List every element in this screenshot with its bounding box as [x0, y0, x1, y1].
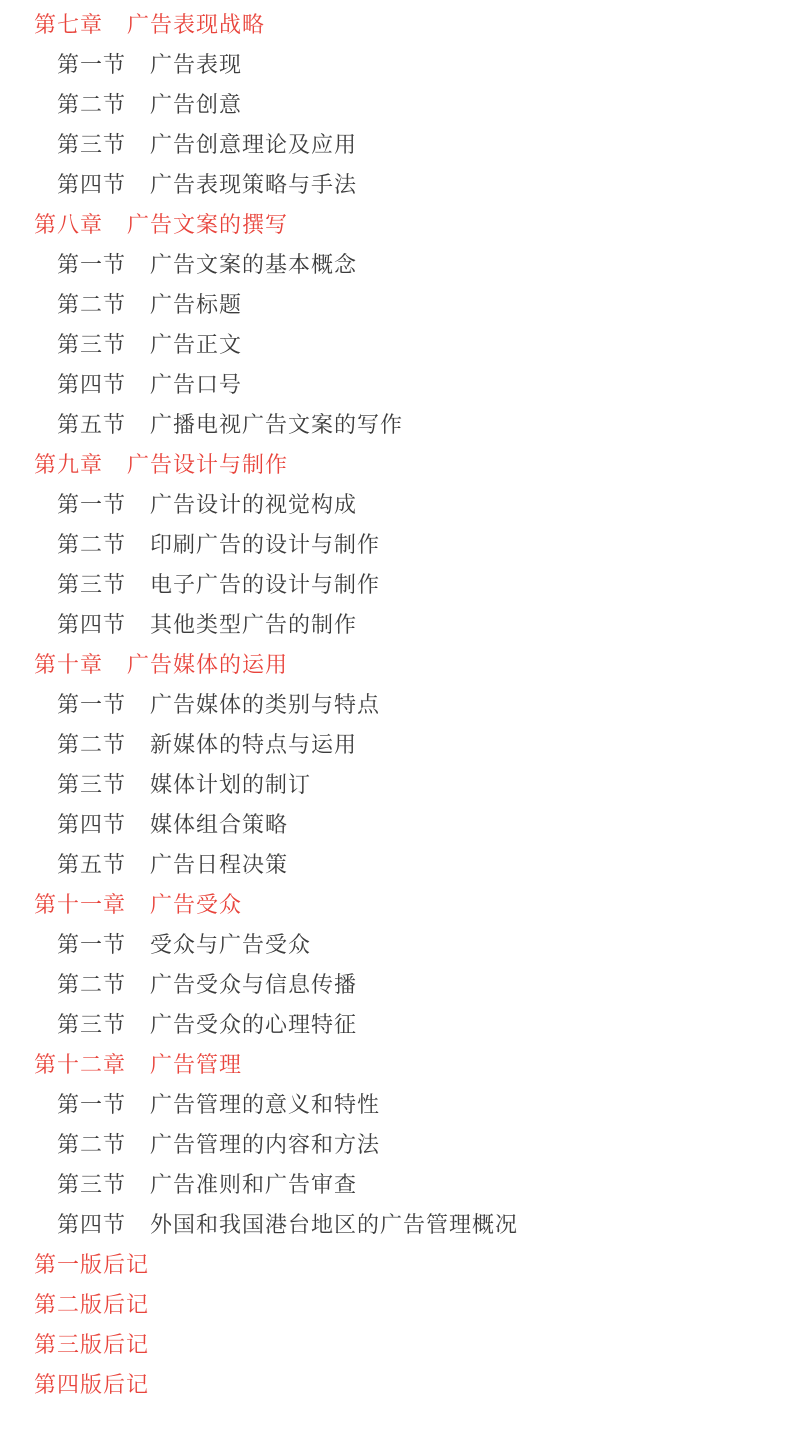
section-title: 广告标题 — [150, 288, 242, 319]
section-number: 第一节 — [57, 1088, 126, 1119]
section-title: 广告准则和广告审查 — [150, 1168, 357, 1199]
toc-section-8-1[interactable]: 第一节 广告文案的基本概念 — [57, 243, 790, 283]
toc-chapter-7[interactable]: 第七章 广告表现战略 — [34, 3, 790, 43]
toc-section-8-4[interactable]: 第四节 广告口号 — [57, 363, 790, 403]
section-title: 广告设计的视觉构成 — [150, 488, 357, 519]
section-number: 第一节 — [57, 248, 126, 279]
postscript-title: 第二版后记 — [34, 1288, 149, 1319]
toc-chapter-9[interactable]: 第九章 广告设计与制作 — [34, 443, 790, 483]
section-title: 广告受众与信息传播 — [150, 968, 357, 999]
section-number: 第二节 — [57, 528, 126, 559]
section-number: 第三节 — [57, 568, 126, 599]
section-number: 第三节 — [57, 328, 126, 359]
chapter-title: 广告媒体的运用 — [127, 648, 288, 679]
toc-chapter-12[interactable]: 第十二章 广告管理 — [34, 1043, 790, 1083]
chapter-number: 第十章 — [34, 648, 103, 679]
section-title: 广告管理的意义和特性 — [150, 1088, 380, 1119]
toc-section-8-2[interactable]: 第二节 广告标题 — [57, 283, 790, 323]
section-title: 广告文案的基本概念 — [150, 248, 357, 279]
toc-postscript-2[interactable]: 第二版后记 — [34, 1283, 790, 1323]
toc-section-10-4[interactable]: 第四节 媒体组合策略 — [57, 803, 790, 843]
toc-section-12-4[interactable]: 第四节 外国和我国港台地区的广告管理概况 — [57, 1203, 790, 1243]
toc-section-10-3[interactable]: 第三节 媒体计划的制订 — [57, 763, 790, 803]
toc-section-11-3[interactable]: 第三节 广告受众的心理特征 — [57, 1003, 790, 1043]
section-title: 广告口号 — [150, 368, 242, 399]
toc-section-7-3[interactable]: 第三节 广告创意理论及应用 — [57, 123, 790, 163]
section-title: 广告表现 — [150, 48, 242, 79]
chapter-title: 广告受众 — [150, 888, 242, 919]
section-number: 第一节 — [57, 928, 126, 959]
chapter-title: 广告管理 — [150, 1048, 242, 1079]
toc-section-10-2[interactable]: 第二节 新媒体的特点与运用 — [57, 723, 790, 763]
section-number: 第五节 — [57, 408, 126, 439]
section-number: 第五节 — [57, 848, 126, 879]
toc-section-11-1[interactable]: 第一节 受众与广告受众 — [57, 923, 790, 963]
section-title: 广告创意理论及应用 — [150, 128, 357, 159]
section-title: 广告创意 — [150, 88, 242, 119]
chapter-number: 第九章 — [34, 448, 103, 479]
toc-chapter-11[interactable]: 第十一章 广告受众 — [34, 883, 790, 923]
toc-section-7-1[interactable]: 第一节 广告表现 — [57, 43, 790, 83]
toc-section-12-1[interactable]: 第一节 广告管理的意义和特性 — [57, 1083, 790, 1123]
section-title: 新媒体的特点与运用 — [150, 728, 357, 759]
chapter-title: 广告文案的撰写 — [127, 208, 288, 239]
section-number: 第四节 — [57, 168, 126, 199]
section-title: 广播电视广告文案的写作 — [150, 408, 403, 439]
section-title: 广告表现策略与手法 — [150, 168, 357, 199]
chapter-number: 第八章 — [34, 208, 103, 239]
toc-section-9-2[interactable]: 第二节 印刷广告的设计与制作 — [57, 523, 790, 563]
toc-postscript-3[interactable]: 第三版后记 — [34, 1323, 790, 1363]
chapter-number: 第十二章 — [34, 1048, 126, 1079]
section-number: 第四节 — [57, 808, 126, 839]
toc-postscript-1[interactable]: 第一版后记 — [34, 1243, 790, 1283]
postscript-title: 第一版后记 — [34, 1248, 149, 1279]
toc-section-10-1[interactable]: 第一节 广告媒体的类别与特点 — [57, 683, 790, 723]
toc-chapter-10[interactable]: 第十章 广告媒体的运用 — [34, 643, 790, 683]
section-title: 印刷广告的设计与制作 — [150, 528, 380, 559]
section-title: 广告媒体的类别与特点 — [150, 688, 380, 719]
postscript-title: 第三版后记 — [34, 1328, 149, 1359]
section-title: 广告日程决策 — [150, 848, 288, 879]
section-number: 第四节 — [57, 608, 126, 639]
toc-section-7-4[interactable]: 第四节 广告表现策略与手法 — [57, 163, 790, 203]
section-number: 第一节 — [57, 48, 126, 79]
chapter-number: 第十一章 — [34, 888, 126, 919]
section-number: 第三节 — [57, 768, 126, 799]
section-number: 第二节 — [57, 88, 126, 119]
section-number: 第二节 — [57, 968, 126, 999]
toc-section-9-4[interactable]: 第四节 其他类型广告的制作 — [57, 603, 790, 643]
section-number: 第二节 — [57, 1128, 126, 1159]
section-title: 电子广告的设计与制作 — [150, 568, 380, 599]
section-number: 第四节 — [57, 368, 126, 399]
section-title: 外国和我国港台地区的广告管理概况 — [150, 1208, 518, 1239]
section-title: 其他类型广告的制作 — [150, 608, 357, 639]
toc-section-12-3[interactable]: 第三节 广告准则和广告审查 — [57, 1163, 790, 1203]
section-number: 第三节 — [57, 1168, 126, 1199]
section-number: 第三节 — [57, 128, 126, 159]
section-title: 媒体计划的制订 — [150, 768, 311, 799]
toc-chapter-8[interactable]: 第八章 广告文案的撰写 — [34, 203, 790, 243]
toc-section-12-2[interactable]: 第二节 广告管理的内容和方法 — [57, 1123, 790, 1163]
toc-section-10-5[interactable]: 第五节 广告日程决策 — [57, 843, 790, 883]
chapter-title: 广告表现战略 — [127, 8, 265, 39]
toc-section-11-2[interactable]: 第二节 广告受众与信息传播 — [57, 963, 790, 1003]
toc-section-9-3[interactable]: 第三节 电子广告的设计与制作 — [57, 563, 790, 603]
toc-section-9-1[interactable]: 第一节 广告设计的视觉构成 — [57, 483, 790, 523]
section-number: 第一节 — [57, 488, 126, 519]
section-title: 广告正文 — [150, 328, 242, 359]
section-number: 第二节 — [57, 288, 126, 319]
section-number: 第四节 — [57, 1208, 126, 1239]
section-number: 第一节 — [57, 688, 126, 719]
toc-section-8-3[interactable]: 第三节 广告正文 — [57, 323, 790, 363]
section-number: 第三节 — [57, 1008, 126, 1039]
toc-section-7-2[interactable]: 第二节 广告创意 — [57, 83, 790, 123]
toc-postscript-4[interactable]: 第四版后记 — [34, 1363, 790, 1403]
toc-section-8-5[interactable]: 第五节 广播电视广告文案的写作 — [57, 403, 790, 443]
postscript-title: 第四版后记 — [34, 1368, 149, 1399]
section-title: 媒体组合策略 — [150, 808, 288, 839]
section-title: 广告受众的心理特征 — [150, 1008, 357, 1039]
section-title: 受众与广告受众 — [150, 928, 311, 959]
section-number: 第二节 — [57, 728, 126, 759]
chapter-title: 广告设计与制作 — [127, 448, 288, 479]
section-title: 广告管理的内容和方法 — [150, 1128, 380, 1159]
chapter-number: 第七章 — [34, 8, 103, 39]
toc-page: 第七章 广告表现战略 第一节 广告表现 第二节 广告创意 第三节 广告创意理论及… — [0, 0, 790, 1452]
